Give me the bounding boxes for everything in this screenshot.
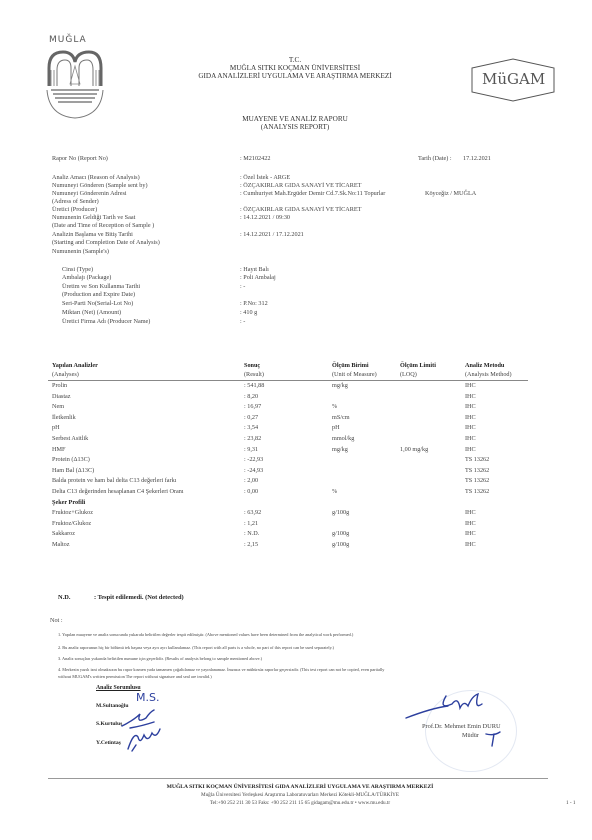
report-no-label: Rapor No (Report No) xyxy=(52,155,108,163)
cell-unit: % xyxy=(332,488,337,496)
cell-method: TS 13262 xyxy=(465,456,489,464)
cell-analysis: Protein (Δ13C) xyxy=(52,456,90,464)
notes-title: Not : xyxy=(50,617,63,625)
field-value-extra: Köyceğiz / MUĞLA xyxy=(425,190,476,198)
mugam-logo: MüGAM xyxy=(468,58,558,102)
cell-method: TS 13262 xyxy=(465,488,489,496)
note-item: without MUGAM's written permission The r… xyxy=(58,673,212,681)
sample-field-label: Miktarı (Net) (Amount) xyxy=(62,309,121,317)
field-value: : 14.12.2021 / 09:30 xyxy=(240,214,290,222)
signer-2: S.Kurtuluş xyxy=(96,720,122,728)
cell-analysis: Sakkaroz xyxy=(52,530,75,538)
cell-result: : 16,97 xyxy=(244,403,261,411)
cell-analysis: Ham Bal (Δ13C) xyxy=(52,467,94,475)
cell-result: : N.D. xyxy=(244,530,259,538)
cell-result: : -22,93 xyxy=(244,456,263,464)
cell-result: : 8,20 xyxy=(244,393,258,401)
sample-field-value: : - xyxy=(240,318,245,326)
field-label: (Date and Time of Reception of Sample ) xyxy=(52,222,154,230)
cell-analysis: Prolin xyxy=(52,382,67,390)
cell-analysis: pH xyxy=(52,424,60,432)
column-header: Yapılan Analizler xyxy=(52,362,98,370)
initials-signature: M.S. xyxy=(136,694,159,702)
sample-field-value: : Hayıt Balı xyxy=(240,266,269,274)
sample-field-value: : - xyxy=(240,283,245,291)
field-label: Numunenin Geldiği Tarih ve Saat xyxy=(52,214,135,222)
note-item: 3. Analiz sonuçları yukarıda belirtilen … xyxy=(58,655,262,663)
report-no-value: : M2102422 xyxy=(240,155,270,163)
column-header-en: (Analyses) xyxy=(52,371,79,379)
sample-field-label: Üretici Firma Adı (Producer Name) xyxy=(62,318,150,326)
cell-result: : 0,00 xyxy=(244,488,258,496)
director-initial-icon xyxy=(484,730,504,748)
cell-result: : 541,88 xyxy=(244,382,264,390)
cell-unit: mmol/kg xyxy=(332,435,354,443)
field-label: Analiz Amacı (Reason of Analysis) xyxy=(52,174,140,182)
cell-unit: pH xyxy=(332,424,340,432)
cell-unit: % xyxy=(332,403,337,411)
cell-result: : 2,00 xyxy=(244,477,258,485)
column-header: Ölçüm Limiti xyxy=(400,362,436,370)
report-subtitle: (ANALYSIS REPORT) xyxy=(150,123,440,131)
cell-result: : -24,93 xyxy=(244,467,263,475)
cell-unit: g/100g xyxy=(332,530,349,538)
column-header-en: (Unit of Measure) xyxy=(332,371,377,379)
sample-field-label: Cinsi (Type) xyxy=(62,266,93,274)
signer-3: Y.Cetintaş xyxy=(96,739,121,747)
cell-unit: g/100g xyxy=(332,509,349,517)
cell-analysis: Nem xyxy=(52,403,64,411)
sample-field-value: : Poli Ambalaj xyxy=(240,274,276,282)
cell-method: IHC xyxy=(465,541,476,549)
cell-unit: mg/kg xyxy=(332,446,348,454)
cell-method: IHC xyxy=(465,520,476,528)
cell-analysis: Fruktoz+Glukoz xyxy=(52,509,93,517)
university-logo: MUĞLA xyxy=(45,36,107,122)
column-header-en: (Analysis Method) xyxy=(465,371,512,379)
cell-unit: mg/kg xyxy=(332,382,348,390)
field-value: : 14.12.2021 / 17.12.2021 xyxy=(240,231,304,239)
cell-analysis: Delta C13 değerinden hesaplanan C4 Şeker… xyxy=(52,488,184,496)
cell-method: IHC xyxy=(465,509,476,517)
sample-field-value: : P.No: 312 xyxy=(240,300,268,308)
footer-divider xyxy=(48,778,548,779)
cell-result: : 23,82 xyxy=(244,435,261,443)
field-value: : Cumhuriyet Mah.Ergüder Demir Cd.7.Sk.N… xyxy=(240,190,385,198)
column-header-en: (LOQ) xyxy=(400,371,417,379)
field-label: (Starting and Completion Date of Analysi… xyxy=(52,239,160,247)
header-center: GIDA ANALİZLERİ UYGULAMA VE ARAŞTIRMA ME… xyxy=(150,72,440,80)
field-label: Analizin Başlama ve Bitiş Tarihi xyxy=(52,231,133,239)
cell-analysis: Balda protein ve ham bal delta C13 değer… xyxy=(52,477,176,485)
cell-analysis: İletkenlik xyxy=(52,414,76,422)
cell-method: IHC xyxy=(465,530,476,538)
field-value: : ÖZÇAKIRLAR GIDA SANAYİ VE TİCARET xyxy=(240,206,361,214)
cell-analysis: Diastaz xyxy=(52,393,71,401)
logo-left-text: MUĞLA xyxy=(49,36,87,44)
footer-line-2: Muğla Üniversitesi Yerleşkesi Araştırma … xyxy=(60,791,540,799)
date-label: Tarih (Date) : xyxy=(418,155,452,163)
logo-right-text: MüGAM xyxy=(482,70,545,88)
field-label: Numuneyi Gönderenin Adresi xyxy=(52,190,127,198)
report-title: MUAYENE VE ANALİZ RAPORU xyxy=(150,115,440,123)
table-header-divider xyxy=(48,380,528,381)
column-header: Analiz Metodu xyxy=(465,362,504,370)
sample-field-label: (Production and Expire Date) xyxy=(62,291,135,299)
legend-text: : Tespit edilemedi. (Not detected) xyxy=(94,594,184,602)
signature-cetintas-icon xyxy=(124,727,164,753)
note-item: 1. Yapılan muayene ve analiz sonucunda y… xyxy=(58,631,353,639)
field-label: Üretici (Producer) xyxy=(52,206,97,214)
arch-emblem-icon xyxy=(45,46,107,122)
cell-method: TS 13262 xyxy=(465,477,489,485)
header-tc: T.C. xyxy=(150,56,440,64)
legend-abbr: N.D. xyxy=(58,594,70,602)
footer-line-1: MUĞLA SITKI KOÇMAN ÜNİVERSİTESİ GIDA ANA… xyxy=(60,783,540,791)
cell-analysis: Serbest Asitlik xyxy=(52,435,88,443)
field-label: Numuneyi Gönderen (Sample sent by) xyxy=(52,182,148,190)
field-value: : ÖZÇAKIRLAR GIDA SANAYİ VE TİCARET xyxy=(240,182,361,190)
cell-method: IHC xyxy=(465,393,476,401)
cell-method: IHC xyxy=(465,435,476,443)
sample-field-value: : 410 g xyxy=(240,309,257,317)
cell-result: : 3,54 xyxy=(244,424,258,432)
sample-field-label: Ambalajı (Package) xyxy=(62,274,111,282)
cell-method: IHC xyxy=(465,403,476,411)
cell-result: : 1,21 xyxy=(244,520,258,528)
sample-field-label: Seri-Parti No(Serial-Lot No) xyxy=(62,300,133,308)
header-university: MUĞLA SITKI KOÇMAN ÜNİVERSİTESİ xyxy=(150,64,440,72)
cell-analysis: HMF xyxy=(52,446,65,454)
column-header: Ölçüm Birimi xyxy=(332,362,369,370)
page-number: 1 - 1 xyxy=(566,799,576,807)
cell-method: IHC xyxy=(465,446,476,454)
field-label: (Adress of Sender) xyxy=(52,198,99,206)
cell-method: IHC xyxy=(465,414,476,422)
cell-method: IHC xyxy=(465,382,476,390)
cell-method: IHC xyxy=(465,424,476,432)
sample-field-label: Üretim ve Son Kullanma Tarihi xyxy=(62,283,140,291)
cell-analysis: Maltoz xyxy=(52,541,70,549)
signature-director-icon xyxy=(402,690,492,722)
date-value: 17.12.2021 xyxy=(463,155,491,163)
cell-unit: g/100g xyxy=(332,541,349,549)
director-title: Müdür xyxy=(462,732,479,740)
cell-result: : 2,15 xyxy=(244,541,258,549)
cell-method: TS 13262 xyxy=(465,467,489,475)
cell-result: : 9,31 xyxy=(244,446,258,454)
column-header: Sonuç xyxy=(244,362,260,370)
responsible-title: Analiz Sorumlusu xyxy=(96,684,141,692)
cell-analysis: Fruktoz/Glukoz xyxy=(52,520,91,528)
column-header-en: (Result) xyxy=(244,371,264,379)
cell-result: : 0,27 xyxy=(244,414,258,422)
cell-result: : 63,92 xyxy=(244,509,261,517)
cell-analysis: Şeker Profili xyxy=(52,499,85,507)
footer-line-3: Tel:+90 252 211 30 53 Faks: +90 252 211 … xyxy=(60,799,540,807)
cell-unit: mS/cm xyxy=(332,414,350,422)
note-item: 2. Bu analiz raporunun hiç bir bölümü te… xyxy=(58,644,334,652)
cell-loq: 1,00 mg/kg xyxy=(400,446,428,454)
field-label: Numunenin (Sample's) xyxy=(52,248,109,256)
field-value: : Özel İstek - ARGE xyxy=(240,174,290,182)
